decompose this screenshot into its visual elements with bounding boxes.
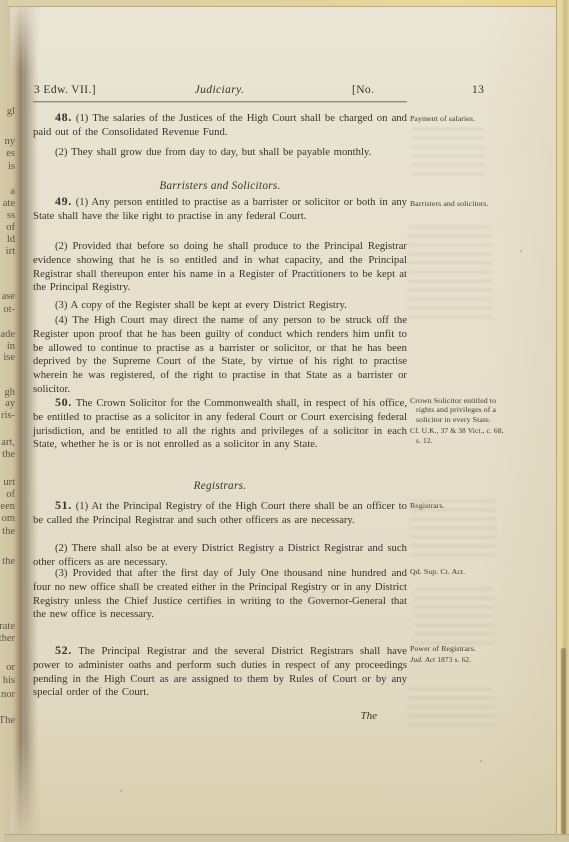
left-edge-text-fragment: The (0, 715, 15, 726)
section-number: 48. (55, 110, 72, 124)
bleed-through-smudge (408, 688, 494, 730)
left-edge-text-fragment: ther (0, 633, 15, 644)
left-edge-text-fragment: ase (2, 291, 15, 302)
bleed-through-smudge (412, 128, 484, 176)
heading-registrars: Registrars. (33, 480, 407, 492)
left-edge-text-fragment: es (6, 148, 15, 159)
left-edge-text-fragment: ld (7, 234, 15, 245)
section-text: The Principal Registrar and the several … (33, 645, 407, 698)
left-edge-text-fragment: ade (0, 329, 15, 340)
left-edge-text-fragment: the (2, 556, 15, 567)
left-edge-text-fragment: urt (3, 477, 15, 488)
section-49-para-1: 49. (1) Any person entitled to practise … (33, 195, 407, 224)
fore-edge-dark-streak (561, 648, 566, 842)
margin-note-payment-of-salaries: Payment of salaries. (410, 114, 506, 123)
section-text: The Crown Solicitor for the Commonwealth… (33, 397, 407, 450)
left-edge-text-fragment: rate (0, 621, 15, 632)
margin-note-barristers-and-solicitors: Barristers and solicitors. (410, 199, 506, 208)
left-edge-text-fragment: a (10, 186, 15, 197)
paper-speck (520, 250, 522, 252)
section-49-para-4: (4) The High Court may direct the name o… (33, 314, 407, 397)
margin-note-citation: Cf. U.K., 37 & 38 Vict., c. 68, s. 12. (416, 426, 506, 445)
left-edge-text-fragment: of (6, 489, 15, 500)
margin-note-citation: Jud. Act 1873 s. 62. (416, 655, 506, 664)
header-number-bracket: [No. (352, 84, 374, 96)
margin-note-text: Crown Solicitor entitled to rights and p… (410, 396, 496, 424)
left-edge-text-fragment: is (8, 161, 15, 172)
left-edge-fragments: glnyesisaatessofldirtaseot-adeiniseghayr… (0, 0, 17, 842)
left-edge-text-fragment: ay (5, 398, 15, 409)
heading-barristers-and-solicitors: Barristers and Solicitors. (33, 180, 407, 192)
citation-act-name: Jud. Act (410, 655, 435, 664)
left-edge-text-fragment: ate (3, 198, 15, 209)
left-edge-text-fragment: art, (1, 437, 15, 448)
section-48-para-2: (2) They shall grow due from day to day,… (33, 146, 407, 160)
left-edge-text-fragment: the (2, 526, 15, 537)
left-edge-text-fragment: ny (5, 136, 16, 147)
left-edge-text-fragment: in (7, 341, 15, 352)
paper-speck (480, 760, 482, 762)
left-edge-text-fragment: ris- (1, 410, 15, 421)
section-number: 51. (55, 498, 72, 512)
left-edge-text-fragment: ss (7, 210, 15, 221)
section-51-para-1: 51. (1) At the Principal Registry of the… (33, 499, 407, 528)
section-text: (1) Any person entitled to practise as a… (33, 196, 407, 222)
catchword: The (33, 710, 407, 722)
margin-note-text: Power of Registrars. (410, 644, 476, 653)
section-51-para-2: (2) There shall also be at every Distric… (33, 542, 407, 570)
left-edge-text-fragment: ot- (3, 304, 15, 315)
left-edge-text-fragment: his (3, 675, 15, 686)
section-number: 52. (55, 643, 72, 657)
paper-speck (120, 790, 122, 792)
citation-section: 1873 s. 62. (435, 655, 471, 664)
margin-note-power-of-registrars: Power of Registrars. Jud. Act 1873 s. 62… (410, 644, 506, 665)
margin-note-crown-solicitor: Crown Solicitor entitled to rights and p… (410, 396, 506, 445)
section-51-para-3: (3) Provided that after the first day of… (33, 567, 407, 622)
section-52: 52. The Principal Registrar and the seve… (33, 644, 407, 700)
section-48-para-1: 48. (1) The salaries of the Justices of … (33, 111, 407, 140)
left-edge-text-fragment: or (6, 662, 15, 673)
section-49-para-2: (2) Provided that before so doing he sha… (33, 240, 407, 295)
section-number: 49. (55, 194, 72, 208)
bleed-through-smudge (408, 226, 492, 322)
left-edge-text-fragment: gh (5, 387, 16, 398)
section-text: (1) At the Principal Registry of the Hig… (33, 500, 407, 526)
margin-note-qd-sup-ct-act: Qd. Sup. Ct. Act. (410, 567, 506, 576)
section-number: 50. (55, 395, 72, 409)
margin-note-registrars: Registrars. (410, 501, 506, 510)
page-bottom-edge (4, 834, 569, 842)
section-text: (1) The salaries of the Justices of the … (33, 112, 407, 138)
header-rule (33, 101, 407, 102)
left-edge-text-fragment: the (2, 449, 15, 460)
left-edge-text-fragment: een (0, 501, 15, 512)
section-50: 50. The Crown Solicitor for the Commonwe… (33, 396, 407, 452)
page-top-edge (8, 0, 569, 7)
left-edge-text-fragment: gl (7, 106, 15, 117)
left-edge-text-fragment: ise (3, 352, 15, 363)
section-49-para-3: (3) A copy of the Register shall be kept… (33, 299, 407, 313)
header-running-title: Judiciary. (33, 84, 406, 96)
left-edge-text-fragment: om (2, 513, 15, 524)
left-edge-text-fragment: irt (6, 246, 15, 257)
left-edge-text-fragment: of (6, 222, 15, 233)
left-edge-text-fragment: nor (1, 689, 15, 700)
bleed-through-smudge (414, 588, 494, 646)
header-page-number: 13 (472, 84, 484, 96)
scanned-page: glnyesisaatessofldirtaseot-adeiniseghayr… (0, 0, 569, 842)
